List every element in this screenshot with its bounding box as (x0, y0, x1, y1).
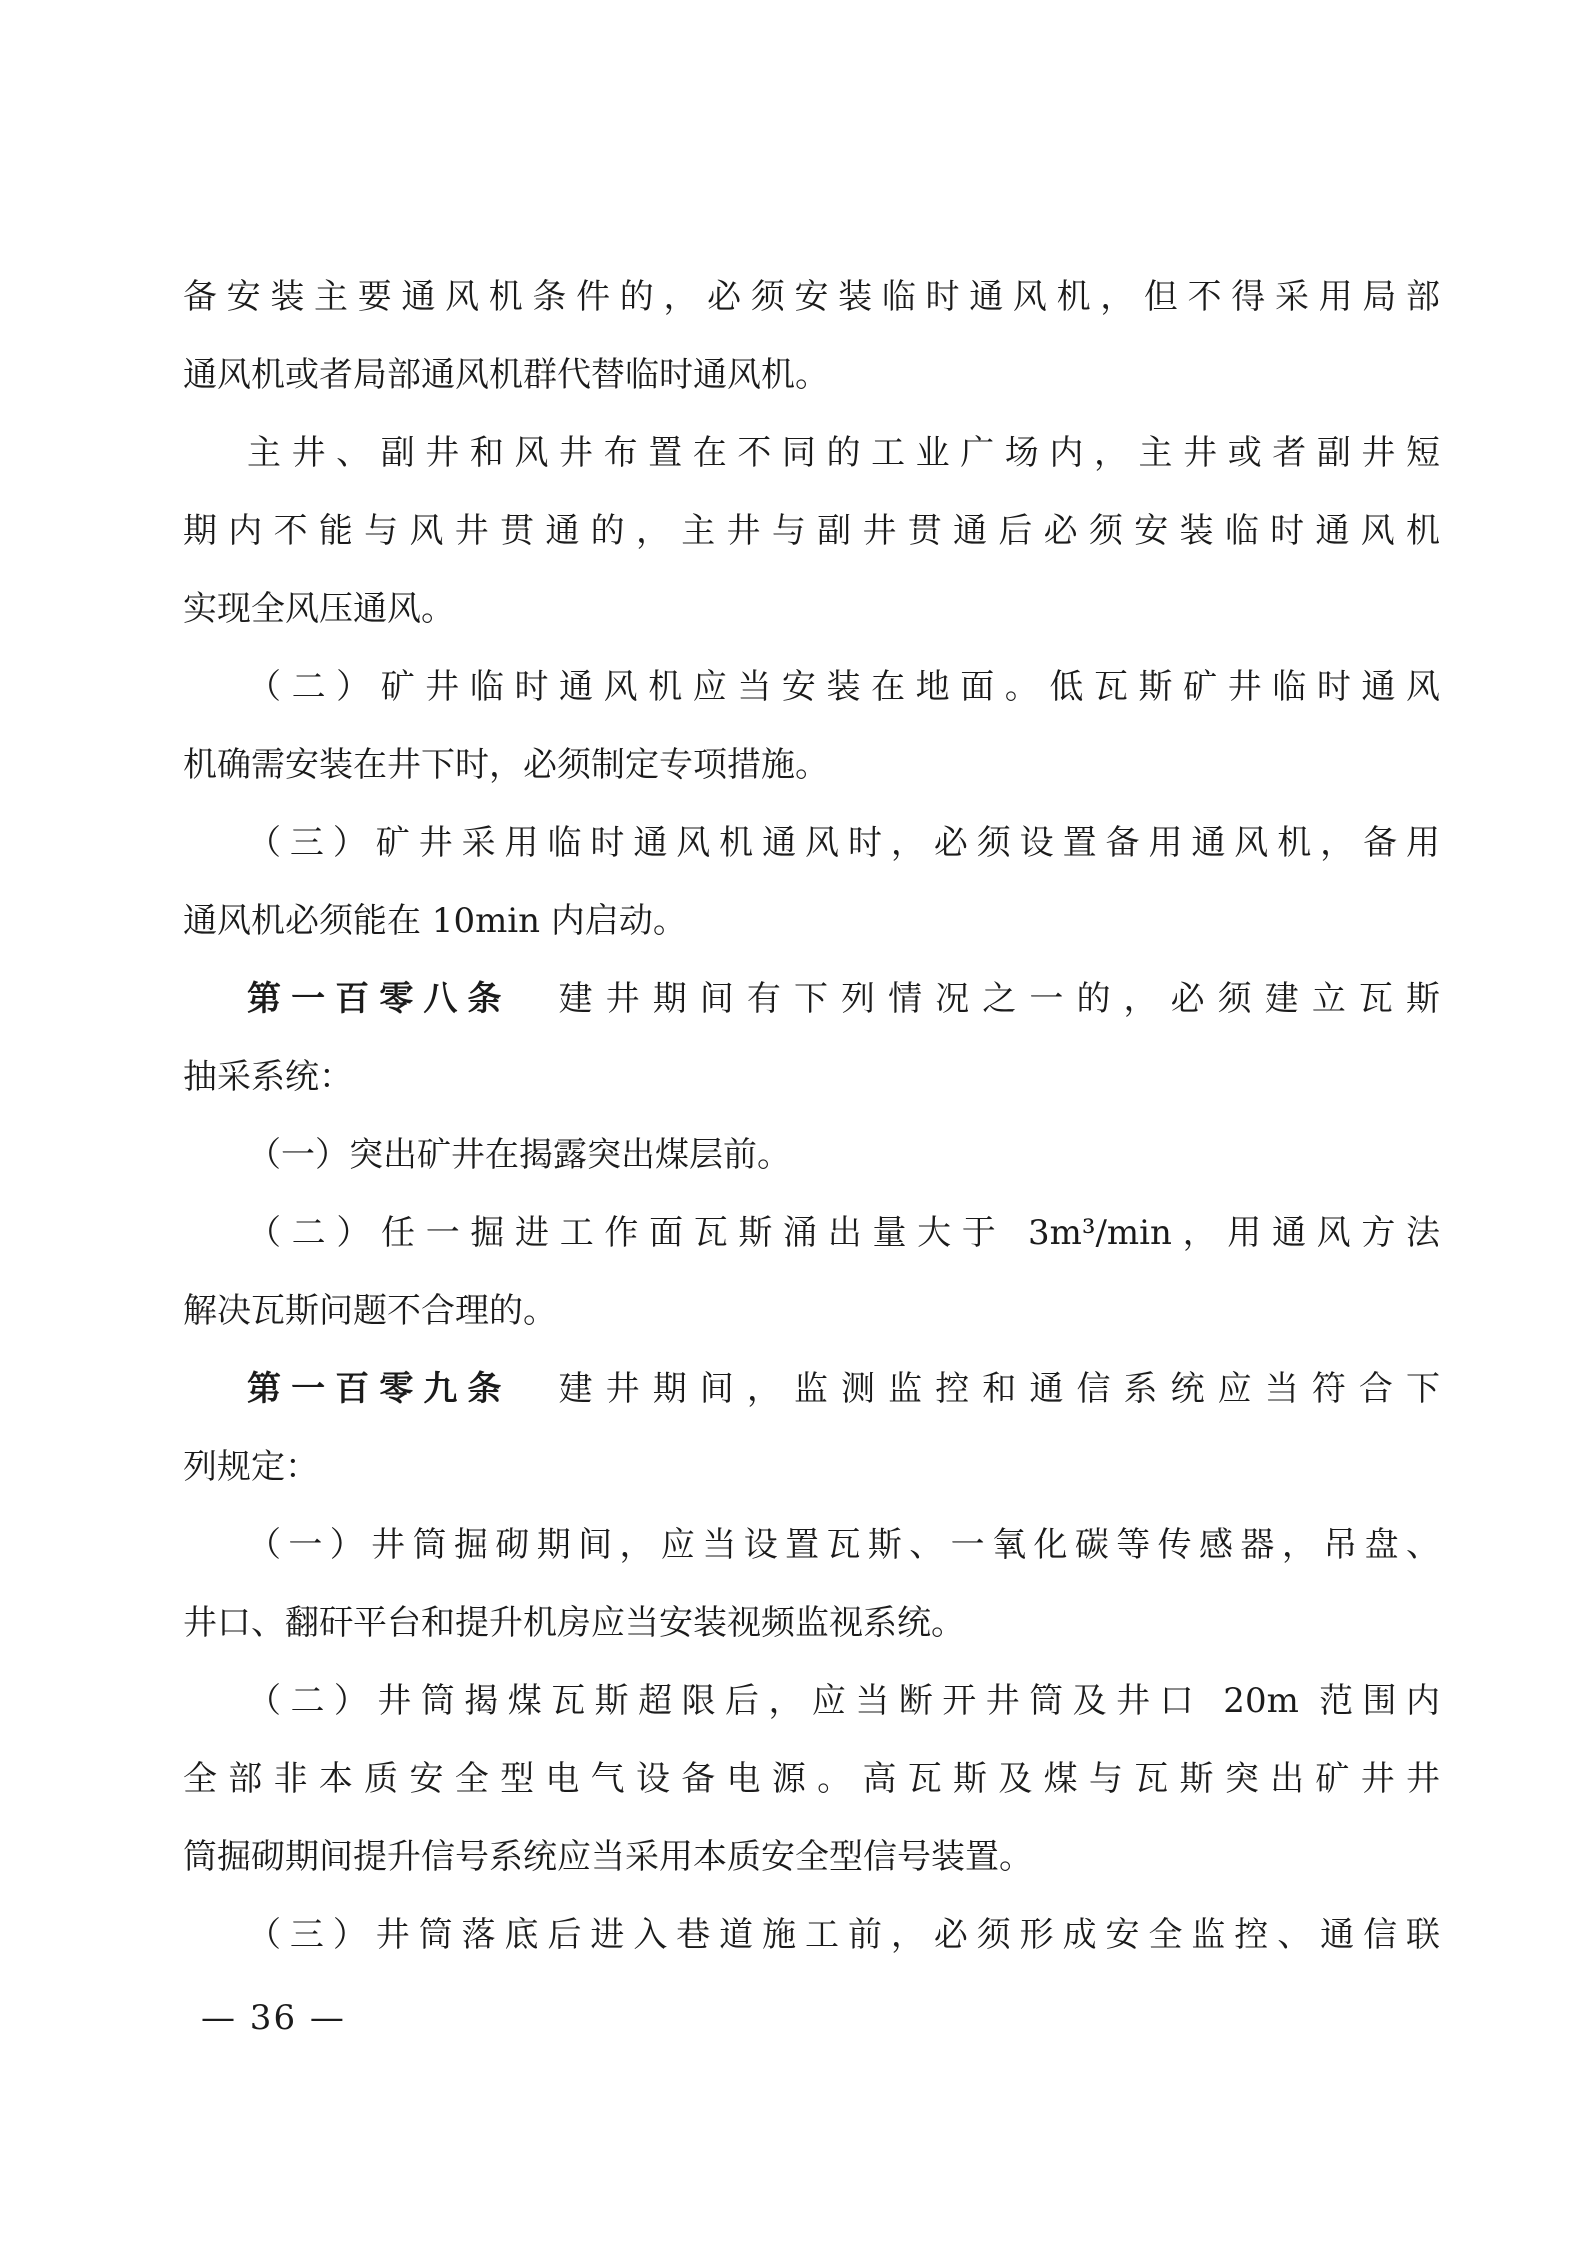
text-line: 全部非本质安全型电气设备电源。高瓦斯及煤与瓦斯突出矿井井 (183, 1740, 1440, 1818)
body-text: 建井期间，监测监控和通信系统应当符合下 (511, 1369, 1440, 1409)
text-line: 第一百零九条 建井期间，监测监控和通信系统应当符合下 (183, 1350, 1440, 1428)
text-line: （二）矿井临时通风机应当安装在地面。低瓦斯矿井临时通风 (183, 648, 1440, 726)
body-text: 列规定： (183, 1447, 319, 1487)
text-line: （一）井筒掘砌期间，应当设置瓦斯、一氧化碳等传感器，吊盘、 (183, 1506, 1440, 1584)
body-text: 全部非本质安全型电气设备电源。高瓦斯及煤与瓦斯突出矿井井 (183, 1759, 1440, 1799)
body-text: （二）任一掘进工作面瓦斯涌出量大于 3m³/min，用通风方法 (247, 1213, 1440, 1253)
page-number: — 36 — (183, 1996, 346, 2040)
body-text: 建井期间有下列情况之一的，必须建立瓦斯 (511, 979, 1440, 1019)
body-text: 实现全风压通风。 (183, 589, 455, 629)
text-line: 列规定： (183, 1428, 1440, 1506)
text-line: 抽采系统： (183, 1038, 1440, 1116)
document-page: 备安装主要通风机条件的，必须安装临时通风机，但不得采用局部通风机或者局部通风机群… (0, 0, 1587, 2245)
text-line: 通风机或者局部通风机群代替临时通风机。 (183, 336, 1440, 414)
text-line: 通风机必须能在 10min 内启动。 (183, 882, 1440, 960)
text-line: （三）井筒落底后进入巷道施工前，必须形成安全监控、通信联 (183, 1896, 1440, 1974)
text-line: 主井、副井和风井布置在不同的工业广场内，主井或者副井短 (183, 414, 1440, 492)
text-line: （一）突出矿井在揭露突出煤层前。 (183, 1116, 1440, 1194)
body-text: 机确需安装在井下时，必须制定专项措施。 (183, 745, 829, 785)
body-text: 备安装主要通风机条件的，必须安装临时通风机，但不得采用局部 (183, 277, 1440, 317)
text-line: 期内不能与风井贯通的，主井与副井贯通后必须安装临时通风机 (183, 492, 1440, 570)
body-text: 主井、副井和风井布置在不同的工业广场内，主井或者副井短 (247, 433, 1440, 473)
body-text: 期内不能与风井贯通的，主井与副井贯通后必须安装临时通风机 (183, 511, 1440, 551)
body-text: 筒掘砌期间提升信号系统应当采用本质安全型信号装置。 (183, 1837, 1033, 1877)
text-line: （二）任一掘进工作面瓦斯涌出量大于 3m³/min，用通风方法 (183, 1194, 1440, 1272)
text-line: 机确需安装在井下时，必须制定专项措施。 (183, 726, 1440, 804)
article-number-bold: 第一百零九条 (247, 1369, 511, 1409)
body-text: （二）井筒揭煤瓦斯超限后，应当断开井筒及井口 20m 范围内 (247, 1681, 1440, 1721)
body-text: （二）矿井临时通风机应当安装在地面。低瓦斯矿井临时通风 (247, 667, 1440, 707)
body-text: （一）井筒掘砌期间，应当设置瓦斯、一氧化碳等传感器，吊盘、 (247, 1525, 1440, 1565)
body-text: 抽采系统： (183, 1057, 353, 1097)
body-text: 解决瓦斯问题不合理的。 (183, 1291, 557, 1331)
text-line: 第一百零八条 建井期间有下列情况之一的，必须建立瓦斯 (183, 960, 1440, 1038)
text-line: （二）井筒揭煤瓦斯超限后，应当断开井筒及井口 20m 范围内 (183, 1662, 1440, 1740)
text-line: 备安装主要通风机条件的，必须安装临时通风机，但不得采用局部 (183, 258, 1440, 336)
body-text: 通风机或者局部通风机群代替临时通风机。 (183, 355, 829, 395)
body-text: （三）井筒落底后进入巷道施工前，必须形成安全监控、通信联 (247, 1915, 1440, 1955)
text-line: 筒掘砌期间提升信号系统应当采用本质安全型信号装置。 (183, 1818, 1440, 1896)
body-text: 井口、翻矸平台和提升机房应当安装视频监视系统。 (183, 1603, 965, 1643)
text-line: 实现全风压通风。 (183, 570, 1440, 648)
text-line: 井口、翻矸平台和提升机房应当安装视频监视系统。 (183, 1584, 1440, 1662)
body-text: （一）突出矿井在揭露突出煤层前。 (247, 1135, 791, 1175)
body-text: （三）矿井采用临时通风机通风时，必须设置备用通风机，备用 (247, 823, 1440, 863)
text-line: 解决瓦斯问题不合理的。 (183, 1272, 1440, 1350)
body-text: 通风机必须能在 10min 内启动。 (183, 901, 687, 941)
document-body: 备安装主要通风机条件的，必须安装临时通风机，但不得采用局部通风机或者局部通风机群… (183, 258, 1440, 1974)
text-line: （三）矿井采用临时通风机通风时，必须设置备用通风机，备用 (183, 804, 1440, 882)
article-number-bold: 第一百零八条 (247, 979, 511, 1019)
